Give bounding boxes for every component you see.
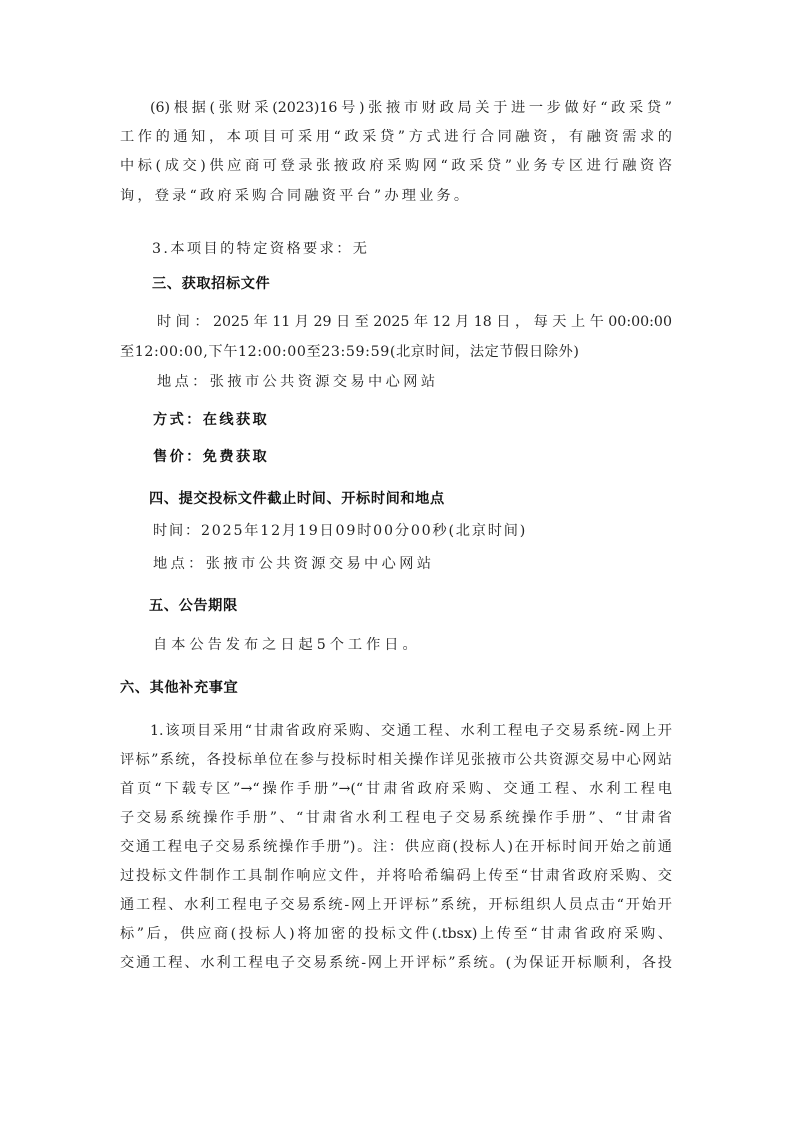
- section3-heading: 三、获取招标文件: [152, 275, 270, 293]
- financing-paragraph-line-4: 询，登录“政府采购合同融资平台”办理业务。: [120, 187, 471, 205]
- financing-paragraph-line-1: (6)根据(张财采(2023)16号)张掖市财政局关于进一步做好“政采贷”: [150, 99, 672, 117]
- section6-item1-line-8: 标”后，供应商(投标人)将加密的投标文件(.tbsx)上传至“甘肃省政府采购、: [120, 925, 672, 943]
- section4-time: 时间：2025年12月19日09时00分00秒(北京时间): [153, 522, 527, 540]
- section6-item1-line-1: 1.该项目采用“甘肃省政府采购、交通工程、水利工程电子交易系统-网上开: [150, 722, 672, 740]
- section6-item1-line-9: 交通工程、水利工程电子交易系统-网上开评标”系统。(为保证开标顺利，各投: [120, 954, 672, 972]
- section3-price: 售价：免费获取: [153, 448, 269, 466]
- section3-method: 方式：在线获取: [153, 411, 269, 429]
- section6-item1-line-5: 交通工程电子交易系统操作手册”)。注：供应商(投标人)在开标时间开始之前通: [120, 838, 672, 856]
- section3-time-line-1: 时间：2025年11月29日至2025年12月18日，每天上午00:00:00: [157, 313, 672, 331]
- section3-location: 地点：张掖市公共资源交易中心网站: [157, 373, 438, 391]
- section6-item1-line-3: 首页“下载专区”→“操作手册”→(“甘肃省政府采购、交通工程、水利工程电: [120, 780, 672, 798]
- special-qualification-text: 3.本项目的特定资格要求：无: [152, 240, 369, 258]
- section4-location: 地点：张掖市公共资源交易中心网站: [153, 555, 434, 573]
- section5-heading: 五、公告期限: [149, 597, 238, 615]
- financing-paragraph-line-2: 工作的通知，本项目可采用“政采贷”方式进行合同融资，有融资需求的: [120, 128, 672, 146]
- section6-item1-line-2: 评标”系统，各投标单位在参与投标时相关操作详见张掖市公共资源交易中心网站: [120, 751, 672, 769]
- section6-item1-line-6: 过投标文件制作工具制作响应文件，并将哈希编码上传至“甘肃省政府采购、交: [120, 867, 672, 885]
- section6-item1-line-7: 通工程、水利工程电子交易系统-网上开评标”系统，开标组织人员点击“开始开: [120, 896, 672, 914]
- document-page: (6)根据(张财采(2023)16号)张掖市财政局关于进一步做好“政采贷” 工作…: [0, 0, 793, 1122]
- section6-item1-line-4: 子交易系统操作手册”、“甘肃省水利工程电子交易系统操作手册”、“甘肃省: [120, 809, 672, 827]
- section4-heading: 四、提交投标文件截止时间、开标时间和地点: [149, 490, 445, 508]
- section5-text: 自本公告发布之日起5个工作日。: [153, 636, 421, 654]
- financing-paragraph-line-3: 中标(成交)供应商可登录张掖政府采购网“政采贷”业务专区进行融资咨: [120, 157, 672, 175]
- section3-time-line-2: 至12:00:00,下午12:00:00至23:59:59(北京时间，法定节假日…: [120, 343, 580, 361]
- section6-heading: 六、其他补充事宜: [120, 679, 238, 697]
